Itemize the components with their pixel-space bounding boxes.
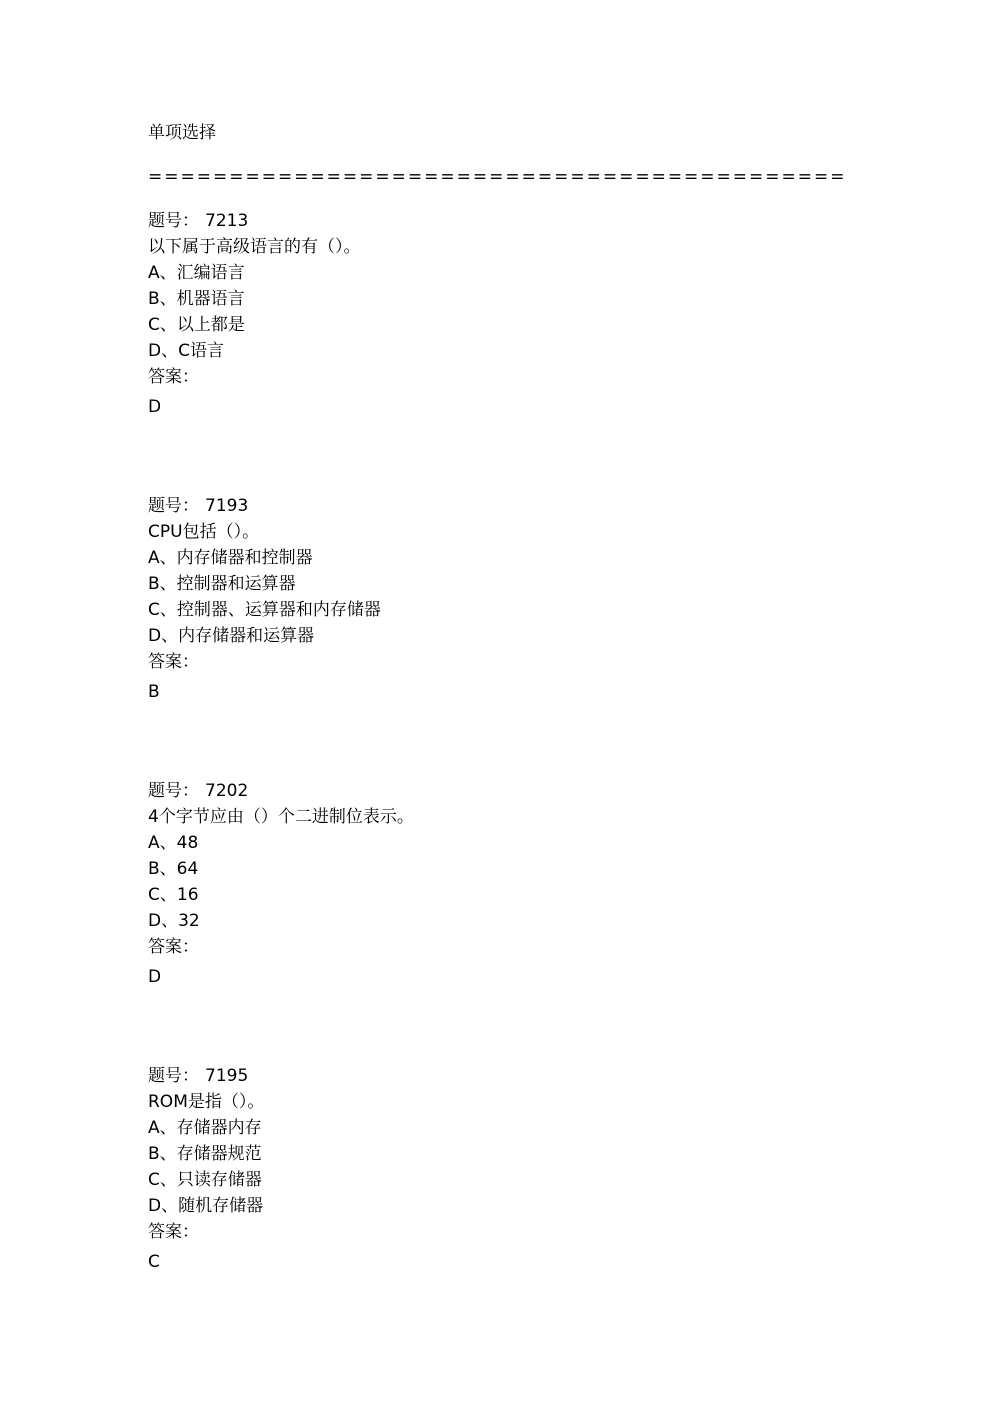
option-c: C、以上都是 <box>148 312 848 338</box>
option-separator: 、 <box>160 574 177 594</box>
option-key: B <box>148 289 160 309</box>
option-text: 随机存储器 <box>178 1196 263 1216</box>
section-divider: ========================================… <box>148 164 848 190</box>
option-separator: 、 <box>160 263 177 283</box>
page-title: 单项选择 <box>148 120 848 146</box>
question-stem: 以下属于高级语言的有（）。 <box>148 234 848 260</box>
option-separator: 、 <box>160 859 177 879</box>
answer-value: D <box>148 964 848 990</box>
option-b: B、存储器规范 <box>148 1141 848 1167</box>
option-a: A、汇编语言 <box>148 260 848 286</box>
option-key: C <box>148 885 160 905</box>
option-text: C语言 <box>178 341 224 361</box>
option-separator: 、 <box>160 1118 177 1138</box>
question-number-line: 题号：7213 <box>148 208 848 234</box>
option-key: B <box>148 1144 160 1164</box>
option-key: C <box>148 600 160 620</box>
question-block: 题号：7193 CPU包括（）。 A、内存储器和控制器 B、控制器和运算器 C、… <box>148 493 848 705</box>
option-text: 存储器规范 <box>177 1144 262 1164</box>
question-number-value: 7193 <box>205 496 248 516</box>
question-number-label: 题号： <box>148 1066 199 1086</box>
option-text: 16 <box>177 885 199 905</box>
question-number-value: 7213 <box>205 211 248 231</box>
question-block: 题号：7195 ROM是指（）。 A、存储器内存 B、存储器规范 C、只读存储器… <box>148 1063 848 1275</box>
option-key: A <box>148 833 160 853</box>
option-text: 内存储器和控制器 <box>177 548 313 568</box>
answer-value: D <box>148 394 848 420</box>
question-number-label: 题号： <box>148 781 199 801</box>
option-separator: 、 <box>160 1170 177 1190</box>
option-separator: 、 <box>161 1196 178 1216</box>
option-a: A、48 <box>148 830 848 856</box>
answer-value: B <box>148 679 848 705</box>
option-b: B、机器语言 <box>148 286 848 312</box>
option-key: B <box>148 574 160 594</box>
question-stem: ROM是指（）。 <box>148 1089 848 1115</box>
option-separator: 、 <box>160 548 177 568</box>
option-separator: 、 <box>161 626 178 646</box>
option-separator: 、 <box>160 885 177 905</box>
option-key: A <box>148 263 160 283</box>
option-c: C、控制器、运算器和内存储器 <box>148 597 848 623</box>
question-number-line: 题号：7193 <box>148 493 848 519</box>
question-stem: 4个字节应由（）个二进制位表示。 <box>148 804 848 830</box>
question-number-value: 7202 <box>205 781 248 801</box>
answer-label: 答案： <box>148 364 848 390</box>
option-text: 存储器内存 <box>177 1118 262 1138</box>
answer-value: C <box>148 1249 848 1275</box>
option-key: D <box>148 626 161 646</box>
option-key: D <box>148 911 161 931</box>
option-separator: 、 <box>160 600 177 620</box>
option-text: 以上都是 <box>177 315 245 335</box>
option-b: B、64 <box>148 856 848 882</box>
option-separator: 、 <box>160 833 177 853</box>
option-text: 内存储器和运算器 <box>178 626 314 646</box>
option-a: A、内存储器和控制器 <box>148 545 848 571</box>
option-text: 控制器、运算器和内存储器 <box>177 600 381 620</box>
option-separator: 、 <box>160 289 177 309</box>
option-separator: 、 <box>161 911 178 931</box>
option-d: D、随机存储器 <box>148 1193 848 1219</box>
option-text: 控制器和运算器 <box>177 574 296 594</box>
option-text: 48 <box>177 833 199 853</box>
option-text: 只读存储器 <box>177 1170 262 1190</box>
option-text: 32 <box>178 911 200 931</box>
option-key: B <box>148 859 160 879</box>
option-b: B、控制器和运算器 <box>148 571 848 597</box>
document-content: 单项选择 ===================================… <box>148 120 848 1348</box>
option-d: D、内存储器和运算器 <box>148 623 848 649</box>
option-text: 64 <box>177 859 199 879</box>
answer-label: 答案： <box>148 649 848 675</box>
option-key: A <box>148 548 160 568</box>
option-separator: 、 <box>161 341 178 361</box>
option-key: C <box>148 315 160 335</box>
question-number-value: 7195 <box>205 1066 248 1086</box>
question-block: 题号：7202 4个字节应由（）个二进制位表示。 A、48 B、64 C、16 … <box>148 778 848 990</box>
question-number-label: 题号： <box>148 211 199 231</box>
option-text: 汇编语言 <box>177 263 245 283</box>
option-key: A <box>148 1118 160 1138</box>
option-a: A、存储器内存 <box>148 1115 848 1141</box>
option-text: 机器语言 <box>177 289 245 309</box>
question-number-label: 题号： <box>148 496 199 516</box>
question-block: 题号：7213 以下属于高级语言的有（）。 A、汇编语言 B、机器语言 C、以上… <box>148 208 848 420</box>
option-c: C、只读存储器 <box>148 1167 848 1193</box>
answer-label: 答案： <box>148 934 848 960</box>
option-separator: 、 <box>160 315 177 335</box>
question-number-line: 题号：7195 <box>148 1063 848 1089</box>
option-separator: 、 <box>160 1144 177 1164</box>
question-stem: CPU包括（）。 <box>148 519 848 545</box>
option-d: D、32 <box>148 908 848 934</box>
option-key: C <box>148 1170 160 1190</box>
option-key: D <box>148 341 161 361</box>
option-d: D、C语言 <box>148 338 848 364</box>
option-key: D <box>148 1196 161 1216</box>
answer-label: 答案： <box>148 1219 848 1245</box>
question-number-line: 题号：7202 <box>148 778 848 804</box>
option-c: C、16 <box>148 882 848 908</box>
document-page: 单项选择 ===================================… <box>0 0 993 1404</box>
